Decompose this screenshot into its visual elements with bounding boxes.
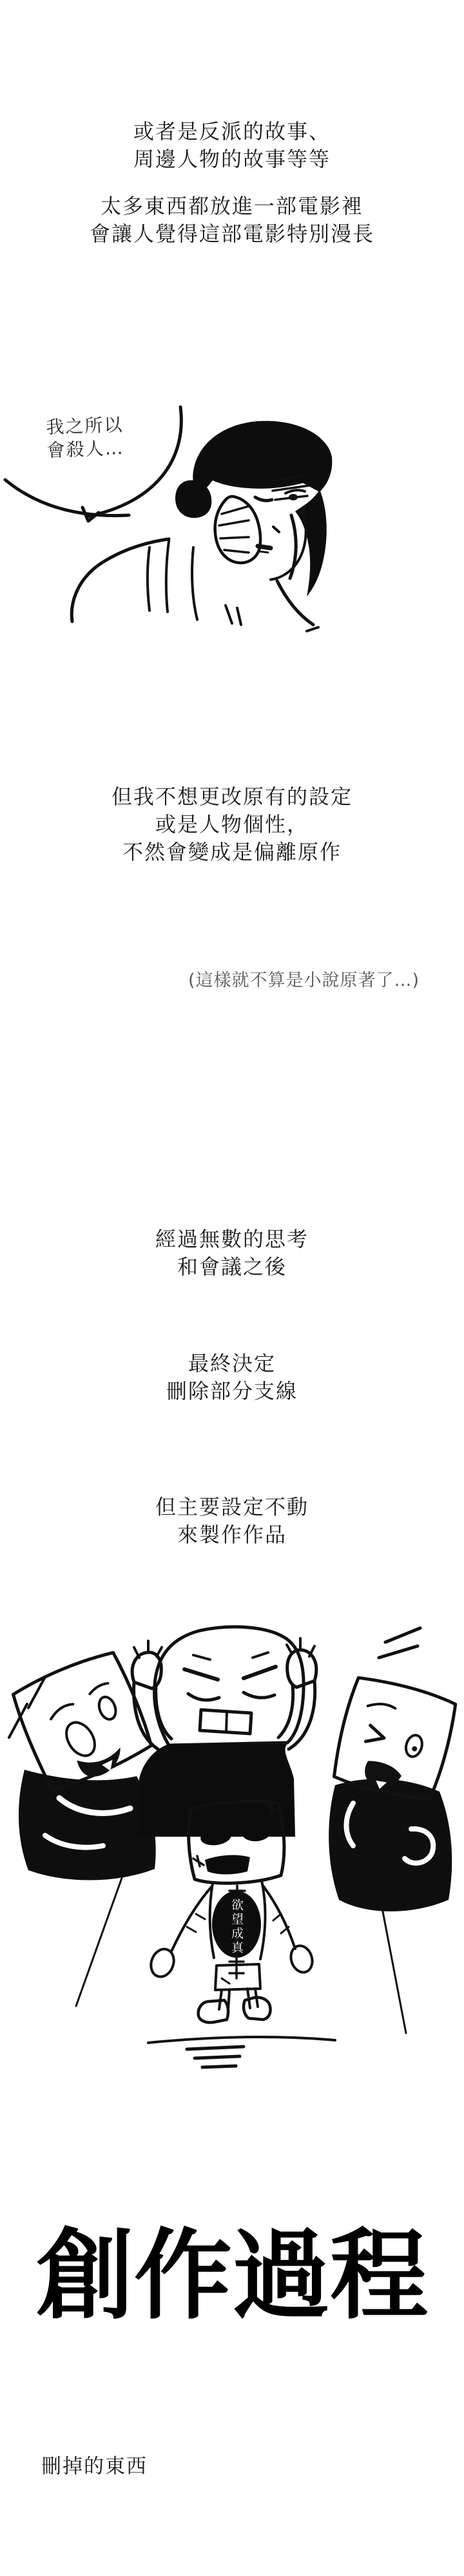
angry-character-center <box>132 1627 316 1837</box>
text-line: 不然會變成是偏離原作 <box>0 838 464 866</box>
text-line: 或是人物個性， <box>0 811 464 838</box>
paragraph-keep-settings: 但我不想更改原有的設定 或是人物個性， 不然會變成是偏離原作 <box>0 783 464 866</box>
author-panel-drawing <box>0 354 464 638</box>
text-line: 來製作作品 <box>0 1521 464 1549</box>
text-line: 刪除部分支線 <box>0 1378 464 1405</box>
text-line: 最終決定 <box>0 1350 464 1378</box>
text-line: 但主要設定不動 <box>0 1493 464 1521</box>
paragraph-final-decision: 最終決定 刪除部分支線 <box>0 1350 464 1405</box>
motion-marks <box>9 1628 420 1738</box>
text-line: 周邊人物的故事等等 <box>0 146 464 173</box>
ground-line <box>148 2037 335 2067</box>
text-line: 和會議之後 <box>0 1253 464 1281</box>
text-line: 或者是反派的故事、 <box>0 118 464 146</box>
paragraph-after-meetings: 經過無數的思考 和會議之後 <box>0 1226 464 1281</box>
text-line: 太多東西都放進一部電影裡 <box>0 193 464 220</box>
chest-label-text: 欲望成真 <box>228 1899 245 1955</box>
text-line: 但我不想更改原有的設定 <box>0 783 464 811</box>
box-character-right <box>328 1673 460 1911</box>
paragraph-main-settings-stay: 但主要設定不動 來製作作品 <box>0 1493 464 1549</box>
handwritten-aside: (這樣就不算是小說原著了…) <box>188 966 420 991</box>
characters-panel-drawing <box>0 1610 464 2112</box>
speech-text: 我之所以 會殺人… <box>46 413 124 462</box>
paragraph-villain-story: 或者是反派的故事、 周邊人物的故事等等 <box>0 118 464 173</box>
comic-page: 或者是反派的故事、 周邊人物的故事等等 太多東西都放進一部電影裡 會讓人覺得這部… <box>0 0 464 2576</box>
text-line: 會讓人覺得這部電影特別漫長 <box>0 220 464 248</box>
speech-line: 我之所以 <box>46 413 124 439</box>
paragraph-too-much-in-movie: 太多東西都放進一部電影裡 會讓人覺得這部電影特別漫長 <box>0 193 464 248</box>
section-title: 創作過程 <box>0 2223 464 2329</box>
footer-caption: 刪掉的東西 <box>41 2450 148 2479</box>
text-line: 經過無數的思考 <box>0 1226 464 1253</box>
speech-line: 會殺人… <box>46 437 124 462</box>
